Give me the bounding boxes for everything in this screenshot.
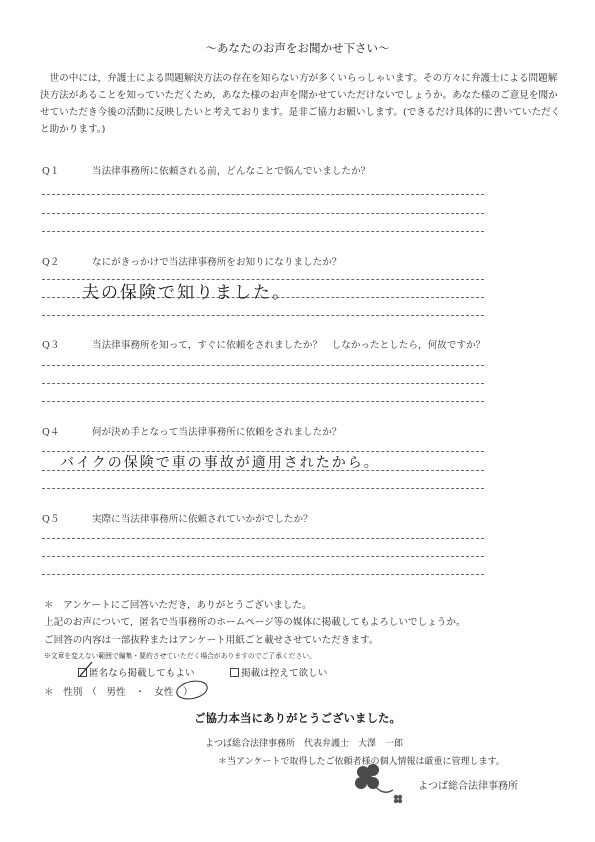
- handwritten-answer-q4: バイクの保険で車の事故が適用されたから。: [60, 452, 380, 472]
- intro-paragraph: 世の中には，弁護士による問題解決方法の存在を知らない方が多くいらっしゃいます。そ…: [40, 70, 565, 138]
- question-number: Q３: [42, 337, 92, 351]
- question-text: 当法律事務所に依頼される前，どんなことで悩んでいましたか？: [92, 166, 370, 177]
- gender-selection-circle[interactable]: [174, 678, 209, 702]
- answer-line[interactable]: [42, 315, 484, 316]
- handwritten-answer-q2: 夫の保険で知りました。: [82, 278, 291, 303]
- publish-detail: ご回答の内容は一部抜粋またはアンケート用紙ごと載せさせていただきます。: [44, 632, 378, 646]
- question-1: Q１当法律事務所に依頼される前，どんなことで悩んでいましたか？: [42, 163, 370, 177]
- option-anonymous-label: 匿名なら掲載してもよい: [89, 668, 195, 679]
- question-text: 実際に当法律事務所に依頼されていかがでしたか？: [92, 514, 313, 525]
- answer-line[interactable]: [42, 488, 484, 489]
- question-text: なにがきっかけで当法律事務所をお知りになりましたか？: [92, 257, 341, 268]
- question-number: Q２: [42, 254, 92, 268]
- firm-brand-name: よつば総合法律事務所: [418, 777, 518, 792]
- answer-line[interactable]: [42, 538, 484, 539]
- footer-thanks: ご協力本当にありがとうございました。: [194, 710, 401, 726]
- question-5: Q５実際に当法律事務所に依頼されていかがでしたか？: [42, 511, 313, 525]
- question-number: Q４: [42, 424, 92, 438]
- page-title: 〜あなたのお声をお聞かせ下さい〜: [0, 40, 595, 56]
- option-decline[interactable]: 掲載は控えて欲しい: [230, 665, 327, 679]
- thanks-note: ＊ アンケートにご回答いただき，ありがとうございました。: [44, 597, 312, 611]
- answer-line[interactable]: [42, 574, 484, 575]
- firm-representative: よつば総合法律事務所 代表弁護士 大澤 一郎: [205, 736, 403, 749]
- answer-line[interactable]: [42, 194, 484, 195]
- question-number: Q１: [42, 163, 92, 177]
- checkbox-decline[interactable]: [230, 668, 239, 677]
- answer-line[interactable]: [42, 556, 484, 557]
- answer-line[interactable]: [42, 383, 484, 384]
- option-anonymous[interactable]: 匿名なら掲載してもよい: [78, 665, 195, 679]
- edit-note: ※文章を変えない範囲で編集・要約させていただく場合がありますのでご了承ください。: [44, 650, 316, 660]
- answer-line[interactable]: [42, 365, 484, 366]
- question-text: 当法律事務所を知って，すぐに依頼をされましたか？ しなかったとしたら，何故ですか…: [92, 340, 485, 351]
- publish-question: 上記のお声について，匿名で当事務所のホームページ等の媒体に掲載してもよろしいでし…: [44, 614, 466, 628]
- question-3: Q３当法律事務所を知って，すぐに依頼をされましたか？ しなかったとしたら，何故で…: [42, 337, 485, 351]
- checkmark-icon: [78, 660, 94, 678]
- gender-field: ＊ 性別 （ 男性 ・ 女性 ）: [44, 684, 193, 698]
- option-decline-label: 掲載は控えて欲しい: [241, 668, 327, 679]
- clover-logo-icon: [353, 764, 413, 810]
- question-4: Q４何が決め手となって当法律事務所に依頼をされましたか？: [42, 424, 341, 438]
- question-text: 何が決め手となって当法律事務所に依頼をされましたか？: [92, 427, 341, 438]
- question-2: Q２なにがきっかけで当法律事務所をお知りになりましたか？: [42, 254, 341, 268]
- intro-text: 世の中には，弁護士による問題解決方法の存在を知らない方が多くいらっしゃいます。そ…: [40, 70, 565, 138]
- answer-line[interactable]: [42, 213, 484, 214]
- answer-line[interactable]: [42, 401, 484, 402]
- answer-line[interactable]: [42, 231, 484, 232]
- question-number: Q５: [42, 511, 92, 525]
